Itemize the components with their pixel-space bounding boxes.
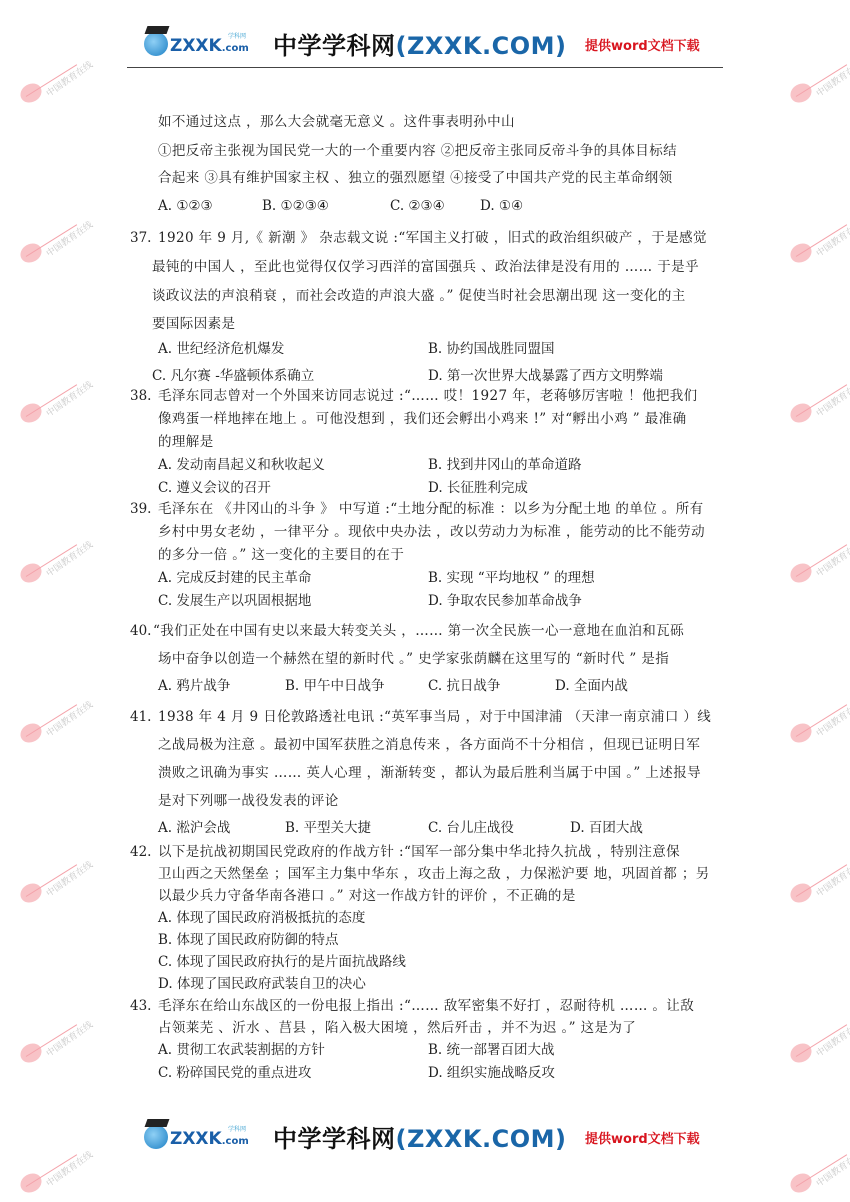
watermark-logo: 中国教育在线 (790, 230, 850, 270)
question-text-line: 以下是抗战初期国民党政府的作战方针 :“国军一部分集中华北持久抗战 ，特别注意保 (158, 846, 680, 860)
watermark-logo: 中国教育在线 (20, 1030, 110, 1070)
zxxk-logo: ZXXK.com 学科网 (140, 1119, 255, 1155)
option-d: D. 长征胜利完成 (428, 482, 528, 496)
option-a: A. 世纪经济危机爆发 (158, 343, 284, 357)
option-b: B. ①②③④ (262, 200, 329, 214)
question-text-line: 1938 年 4 月 9 日伦敦路透社电讯 :“英军事当局 ，对于中国津浦 （天… (158, 711, 711, 725)
question-number: 40. (130, 625, 151, 639)
watermark-logo: 中国教育在线 (20, 390, 110, 430)
watermark-logo: 中国教育在线 (20, 230, 110, 270)
watermark-logo: 中国教育在线 (20, 710, 110, 750)
option-d: D. 组织实施战略反攻 (428, 1067, 555, 1081)
option-b: B. 找到井冈山的革命道路 (428, 459, 582, 473)
logo-tag: 学科网 (228, 1124, 246, 1133)
option-a: A. ①②③ (158, 200, 213, 214)
question-text-line: 毛泽东同志曾对一个外国来访同志说过 :“…… 哎！1927 年，老蒋够厉害啦 ！… (158, 390, 698, 404)
option-a: A. 淞沪会战 (158, 822, 230, 836)
option-a: A. 体现了国民政府消极抵抗的态度 (158, 912, 365, 926)
graduation-cap-icon (145, 1119, 170, 1127)
question-text-line: 以最少兵力守备华南各港口 。” 对这一作战方针的评价 ，不正确的是 (158, 890, 576, 904)
site-tagline: 提供word文档下载 (585, 35, 700, 54)
question-text-line: 是对下列哪一战役发表的评论 (158, 795, 339, 809)
option-b: B. 协约国战胜同盟国 (428, 343, 555, 357)
question-number: 39. (130, 503, 151, 517)
option-d: D. ①④ (480, 200, 523, 214)
option-d: D. 体现了国民政府武装自卫的决心 (158, 978, 366, 992)
option-b: B. 体现了国民政府防御的特点 (158, 934, 339, 948)
option-a: A. 贯彻工农武装割据的方针 (158, 1044, 325, 1058)
question-text-line: “我们正处在中国有史以来最大转变关头 ，…… 第一次全民族一心一意地在血泊和瓦砾 (153, 625, 684, 639)
watermark-logo: 中国教育在线 (790, 70, 850, 110)
question-number: 38. (130, 390, 151, 404)
option-c: C. 体现了国民政府执行的是片面抗战路线 (158, 956, 406, 970)
option-b: B. 实现 “平均地权 ” 的理想 (428, 572, 595, 586)
option-c: C. 发展生产以巩固根据地 (158, 595, 311, 609)
question-text-line: 像鸡蛋一样地摔在地上 。可他没想到 ，我们还会孵出小鸡来 !” 对“孵出小鸡 ”… (158, 413, 686, 427)
mascot-icon (144, 1125, 168, 1149)
option-b: B. 统一部署百团大战 (428, 1044, 555, 1058)
question-text-line: 溃败之讯确为事实 …… 英人心理 ，渐渐转变 ，都认为最后胜利当属于中国 。” … (158, 767, 701, 781)
question-text-line: 如不通过这点 ，那么大会就毫无意义 。这件事表明孙中山 (158, 116, 515, 130)
question-text-line: 谈政议法的声浪稍衰 ，而社会改造的声浪大盛 。” 促使当时社会思潮出现 这一变化… (152, 290, 686, 304)
site-tagline: 提供word文档下载 (585, 1128, 700, 1147)
question-text-line: 的理解是 (158, 436, 214, 450)
mascot-icon (144, 32, 168, 56)
question-text-line: 之战局极为注意 。最初中国军获胜之消息传来 ，各方面尚不十分相信 ，但现已证明日… (158, 739, 700, 753)
option-b: B. 平型关大捷 (285, 822, 371, 836)
site-name: 中学学科网(ZXXK.COM) (273, 1119, 566, 1154)
watermark-logo: 中国教育在线 (790, 550, 850, 590)
watermark-logo: 中国教育在线 (20, 70, 110, 110)
watermark-logo: 中国教育在线 (790, 710, 850, 750)
question-text-line: 卫山西之天然堡垒 ；国军主力集中华东 ，攻击上海之敌 ，力保淞沪要 地，巩固首都… (158, 868, 710, 882)
option-b: B. 甲午中日战争 (285, 680, 385, 694)
zxxk-logo: ZXXK.com 学科网 (140, 26, 255, 62)
question-text-line: ①把反帝主张视为国民党一大的一个重要内容 ②把反帝主张同反帝斗争的具体目标结 (158, 145, 677, 159)
watermark-logo: 中国教育在线 (20, 1160, 110, 1200)
option-d: D. 争取农民参加革命战争 (428, 595, 582, 609)
option-a: A. 完成反封建的民主革命 (158, 572, 311, 586)
question-text-line: 的多分一倍 。” 这一变化的主要目的在于 (158, 549, 404, 563)
question-text-line: 占领莱芜 、沂水 、莒县 ，陷入极大困境 ，然后歼击 ，并不为迟 。” 这是为了 (158, 1022, 636, 1036)
option-a: A. 发动南昌起义和秋收起义 (158, 459, 325, 473)
option-c: C. 凡尔赛 -华盛顿体系确立 (152, 370, 314, 384)
question-number: 37. (130, 232, 151, 246)
option-c: C. 台儿庄战役 (428, 822, 514, 836)
option-c: C. ②③④ (390, 200, 445, 214)
question-number: 43. (130, 1000, 151, 1014)
logo-tag: 学科网 (228, 31, 246, 40)
question-text-line: 最钝的中国人 ，至此也觉得仅仅学习西洋的富国强兵 、政治法律是没有用的 …… 于… (152, 261, 699, 275)
question-text-line: 合起来 ③具有维护国家主权 、独立的强烈愿望 ④接受了中国共产党的民主革命纲领 (158, 172, 672, 186)
watermark-logo: 中国教育在线 (790, 390, 850, 430)
watermark-logo: 中国教育在线 (790, 1030, 850, 1070)
option-c: C. 抗日战争 (428, 680, 500, 694)
question-text-line: 毛泽东在 《井冈山的斗争 》 中写道 :“土地分配的标准 ：以乡为分配土地 的单… (158, 503, 704, 517)
option-d: D. 全面内战 (555, 680, 628, 694)
footer-banner: ZXXK.com 学科网 中学学科网(ZXXK.COM) 提供word文档下载 (140, 1115, 740, 1159)
watermark-logo: 中国教育在线 (790, 1160, 850, 1200)
header-banner: ZXXK.com 学科网 中学学科网(ZXXK.COM) 提供word文档下载 (140, 22, 740, 66)
site-name: 中学学科网(ZXXK.COM) (273, 26, 566, 61)
question-text-line: 要国际因素是 (152, 318, 235, 332)
watermark-logo: 中国教育在线 (790, 870, 850, 910)
header-divider (127, 67, 723, 68)
option-d: D. 第一次世界大战暴露了西方文明弊端 (428, 370, 663, 384)
option-a: A. 鸦片战争 (158, 680, 230, 694)
option-d: D. 百团大战 (570, 822, 643, 836)
question-text-line: 乡村中男女老幼 ，一律平分 。现依中央办法 ，改以劳动力为标准 ，能劳动的比不能… (158, 526, 705, 540)
watermark-logo: 中国教育在线 (20, 870, 110, 910)
question-text-line: 1920 年 9 月,《 新潮 》 杂志载文说 :“军国主义打破 ，旧式的政治组… (158, 232, 707, 246)
question-text-line: 毛泽东在给山东战区的一份电报上指出 :“…… 敌军密集不好打 ，忍耐待机 …… … (158, 1000, 694, 1014)
question-number: 41. (130, 711, 151, 725)
watermark-logo: 中国教育在线 (20, 550, 110, 590)
graduation-cap-icon (145, 26, 170, 34)
option-c: C. 遵义会议的召开 (158, 482, 271, 496)
question-text-line: 场中奋争以创造一个赫然在望的新时代 。” 史学家张荫麟在这里写的 “新时代 ” … (158, 653, 669, 667)
option-c: C. 粉碎国民党的重点进攻 (158, 1067, 311, 1081)
question-number: 42. (130, 846, 151, 860)
